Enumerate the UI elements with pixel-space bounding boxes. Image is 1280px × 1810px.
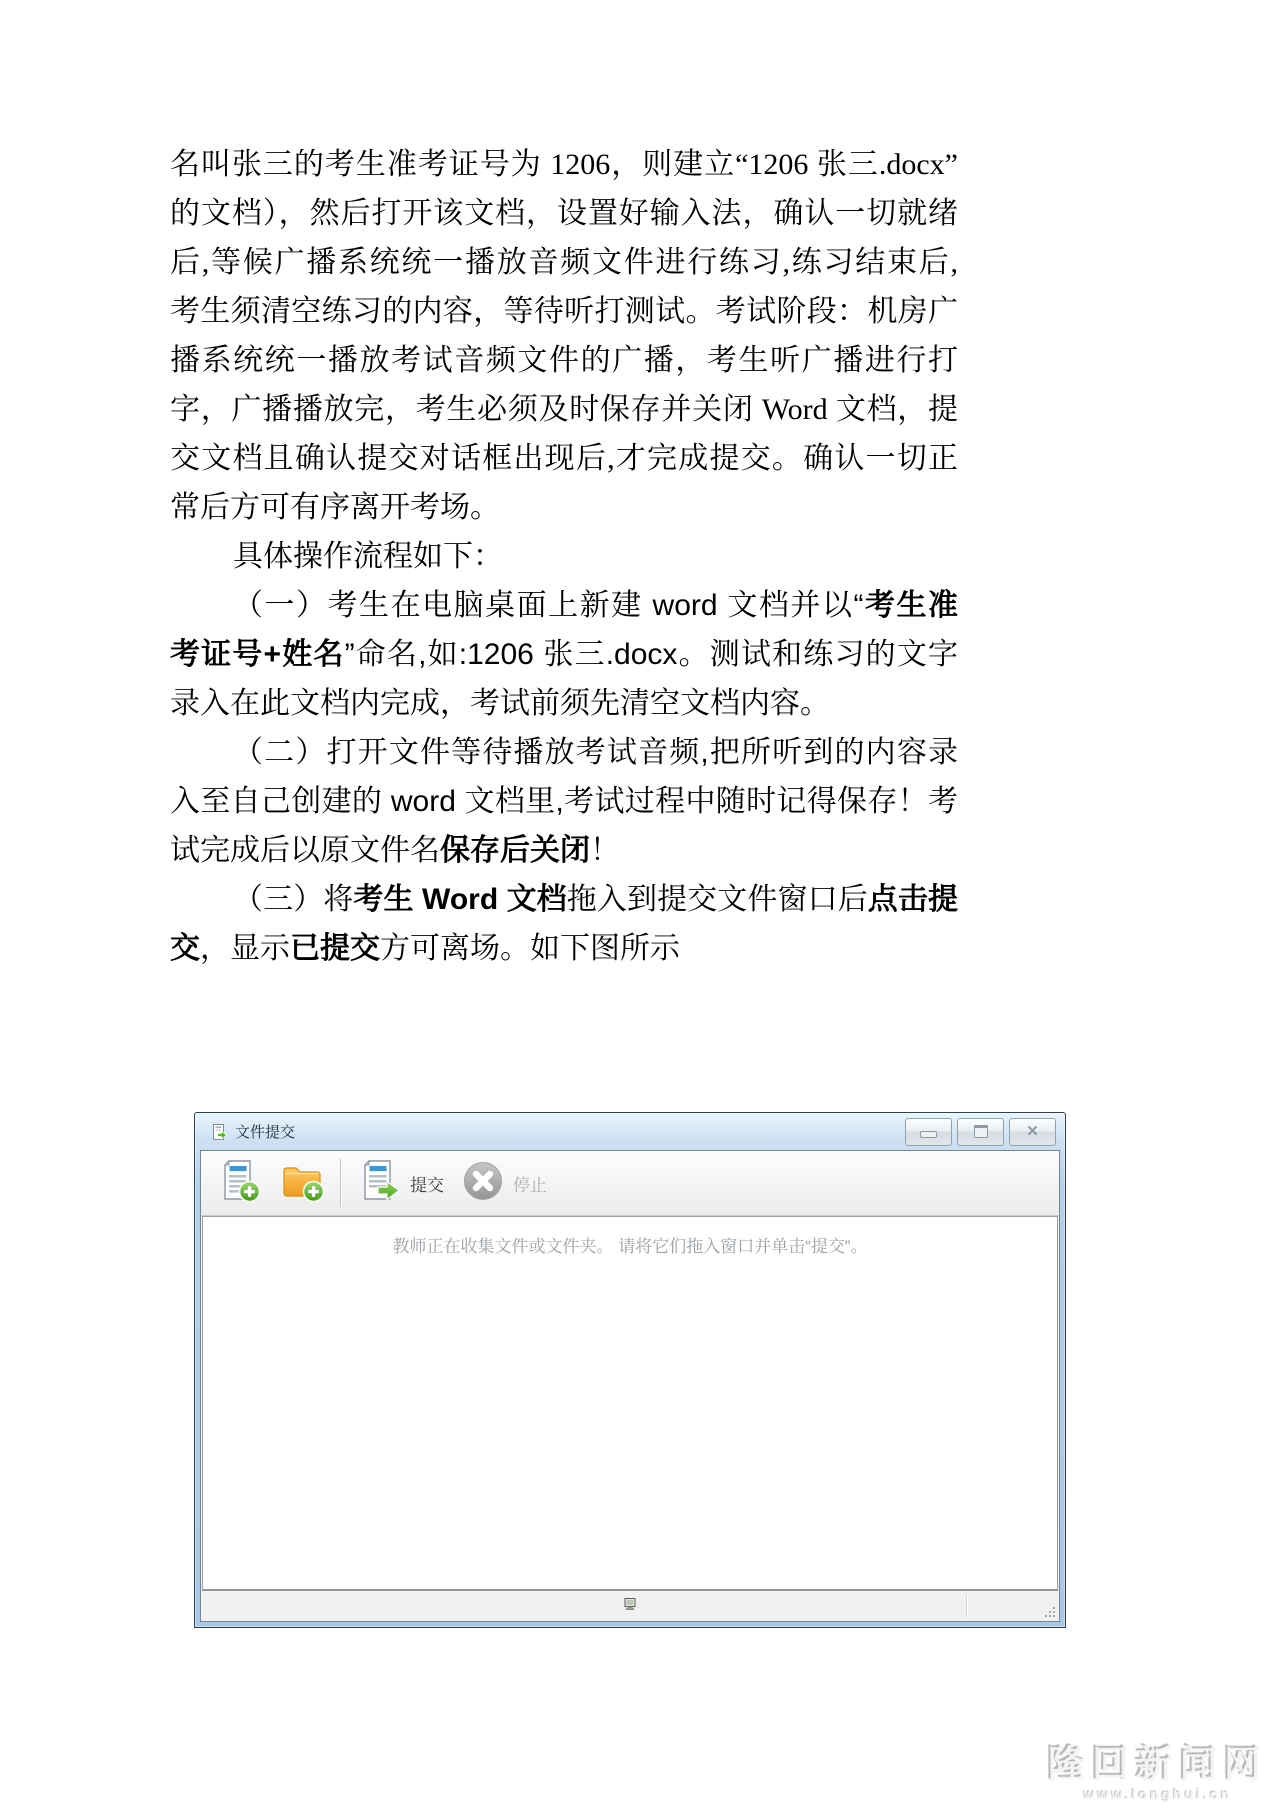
text-run: 考生须清空练习的内容，等待听打测试。考试阶段：机房广 [170, 295, 958, 328]
toolbar-separator [340, 1159, 341, 1207]
close-icon: ✕ [1026, 1124, 1039, 1139]
bold-text-run: 保存后关闭 [440, 834, 590, 867]
minimize-button[interactable] [905, 1118, 952, 1146]
document-line: 字，广播播放完，考生必须及时保存并关闭 Word 文档，提 [170, 385, 958, 434]
document-line: 播系统统一播放考试音频文件的广播，考生听广播进行打 [170, 336, 958, 385]
text-run: （一）考生在电脑桌面上新建 word 文档并以“ [233, 589, 863, 622]
minimize-icon [920, 1131, 937, 1138]
text-run: 的文档），然后打开该文档，设置好输入法，确认一切就绪 [170, 197, 958, 230]
bold-text-run: 考证号+姓名 [170, 638, 345, 671]
text-run: 后,等候广播系统统一播放音频文件进行练习,练习结束后, [170, 246, 958, 279]
stop-button[interactable]: 停止 [459, 1157, 549, 1210]
dialog-statusbar [201, 1591, 1059, 1621]
bold-text-run: 点击提 [868, 883, 958, 916]
watermark-title: 隆回新闻网 [1048, 1746, 1268, 1785]
text-run: ，显示 [200, 932, 290, 965]
document-line: （一）考生在电脑桌面上新建 word 文档并以“考生准 [170, 581, 958, 630]
submit-button[interactable]: 提交 [354, 1156, 446, 1211]
window-buttons: ✕ [905, 1118, 1056, 1146]
watermark-url: www.longhui.cn [1048, 1786, 1268, 1802]
bold-text-run: 考生准 [863, 589, 958, 622]
resize-grip[interactable] [1043, 1605, 1056, 1618]
submit-label: 提交 [410, 1171, 444, 1196]
add-folder-button[interactable] [277, 1156, 327, 1211]
document-line: 交文档且确认提交对话框出现后,才完成提交。确认一切正 [170, 434, 958, 483]
bold-text-run: 交 [170, 932, 200, 965]
document-line: 考生须清空练习的内容，等待听打测试。考试阶段：机房广 [170, 287, 958, 336]
stop-label: 停止 [513, 1171, 547, 1196]
drop-area[interactable]: 教师正在收集文件或文件夹。 请将它们拖入窗口并单击“提交”。 [202, 1216, 1058, 1591]
text-run: 常后方可有序离开考场。 [170, 491, 500, 524]
document-text: 名叫张三的考生准考证号为 1206，则建立“1206 张三.docx”的文档），… [170, 140, 958, 973]
dialog-toolbar: 提交 停止 [201, 1151, 1059, 1216]
text-run: （二）打开文件等待播放考试音频,把所听到的内容录 [233, 736, 958, 769]
document-line: 考证号+姓名”命名,如:1206 张三.docx。测试和练习的文字 [170, 630, 958, 679]
document-line: 录入在此文档内完成，考试前须先清空文档内容。 [170, 679, 958, 728]
document-line: 的文档），然后打开该文档，设置好输入法，确认一切就绪 [170, 189, 958, 238]
site-watermark: 隆回新闻网 www.longhui.cn [1048, 1746, 1268, 1802]
document-line: 后,等候广播系统统一播放音频文件进行练习,练习结束后, [170, 238, 958, 287]
text-run: 方可离场。如下图所示 [380, 932, 680, 965]
file-submit-icon [210, 1123, 228, 1141]
text-run: 名叫张三的考生准考证号为 1206，则建立“1206 张三.docx” [170, 148, 958, 181]
document-line: 具体操作流程如下： [170, 532, 958, 581]
dialog-title: 文件提交 [235, 1121, 295, 1142]
text-run: 试完成后以原文件名 [170, 834, 440, 867]
text-run: 具体操作流程如下： [233, 540, 503, 573]
add-folder-icon [279, 1158, 325, 1209]
document-line: （三）将考生 Word 文档拖入到提交文件窗口后点击提 [170, 875, 958, 924]
add-file-button[interactable] [214, 1156, 264, 1211]
text-run: 拖入到提交文件窗口后 [567, 883, 868, 916]
add-file-icon [216, 1158, 262, 1209]
close-button[interactable]: ✕ [1009, 1118, 1056, 1146]
document-line: 入至自己创建的 word 文档里,考试过程中随时记得保存！考 [170, 777, 958, 826]
maximize-icon [974, 1125, 988, 1138]
text-run: 录入在此文档内完成，考试前须先清空文档内容。 [170, 687, 830, 720]
text-run: 交文档且确认提交对话框出现后,才完成提交。确认一切正 [170, 442, 958, 475]
stop-icon [461, 1159, 505, 1208]
bold-text-run: 考生 Word 文档 [353, 883, 566, 916]
maximize-button[interactable] [957, 1118, 1004, 1146]
statusbar-separator [966, 1595, 967, 1617]
text-run: 入至自己创建的 word 文档里,考试过程中随时记得保存！考 [170, 785, 958, 818]
text-run: （三）将 [233, 883, 353, 916]
bold-text-run: 已提交 [290, 932, 380, 965]
dialog-body: 提交 停止 [200, 1150, 1060, 1622]
document-line: 试完成后以原文件名保存后关闭！ [170, 826, 958, 875]
text-run: ！ [590, 834, 620, 867]
collect-message: 教师正在收集文件或文件夹。 请将它们拖入窗口并单击“提交”。 [203, 1232, 1057, 1257]
text-run: ”命名,如:1206 张三.docx。测试和练习的文字 [345, 638, 958, 671]
document-line: 交，显示已提交方可离场。如下图所示 [170, 924, 958, 973]
text-run: 播系统统一播放考试音频文件的广播，考生听广播进行打 [170, 344, 958, 377]
document-line: 常后方可有序离开考场。 [170, 483, 958, 532]
dialog-titlebar: 文件提交 ✕ [200, 1113, 1060, 1150]
file-submit-dialog: 文件提交 ✕ [194, 1112, 1066, 1628]
text-run: 字，广播播放完，考生必须及时保存并关闭 Word 文档，提 [170, 393, 958, 426]
computer-icon [622, 1596, 638, 1617]
document-line: （二）打开文件等待播放考试音频,把所听到的内容录 [170, 728, 958, 777]
submit-icon [356, 1158, 402, 1209]
document-line: 名叫张三的考生准考证号为 1206，则建立“1206 张三.docx” [170, 140, 958, 189]
